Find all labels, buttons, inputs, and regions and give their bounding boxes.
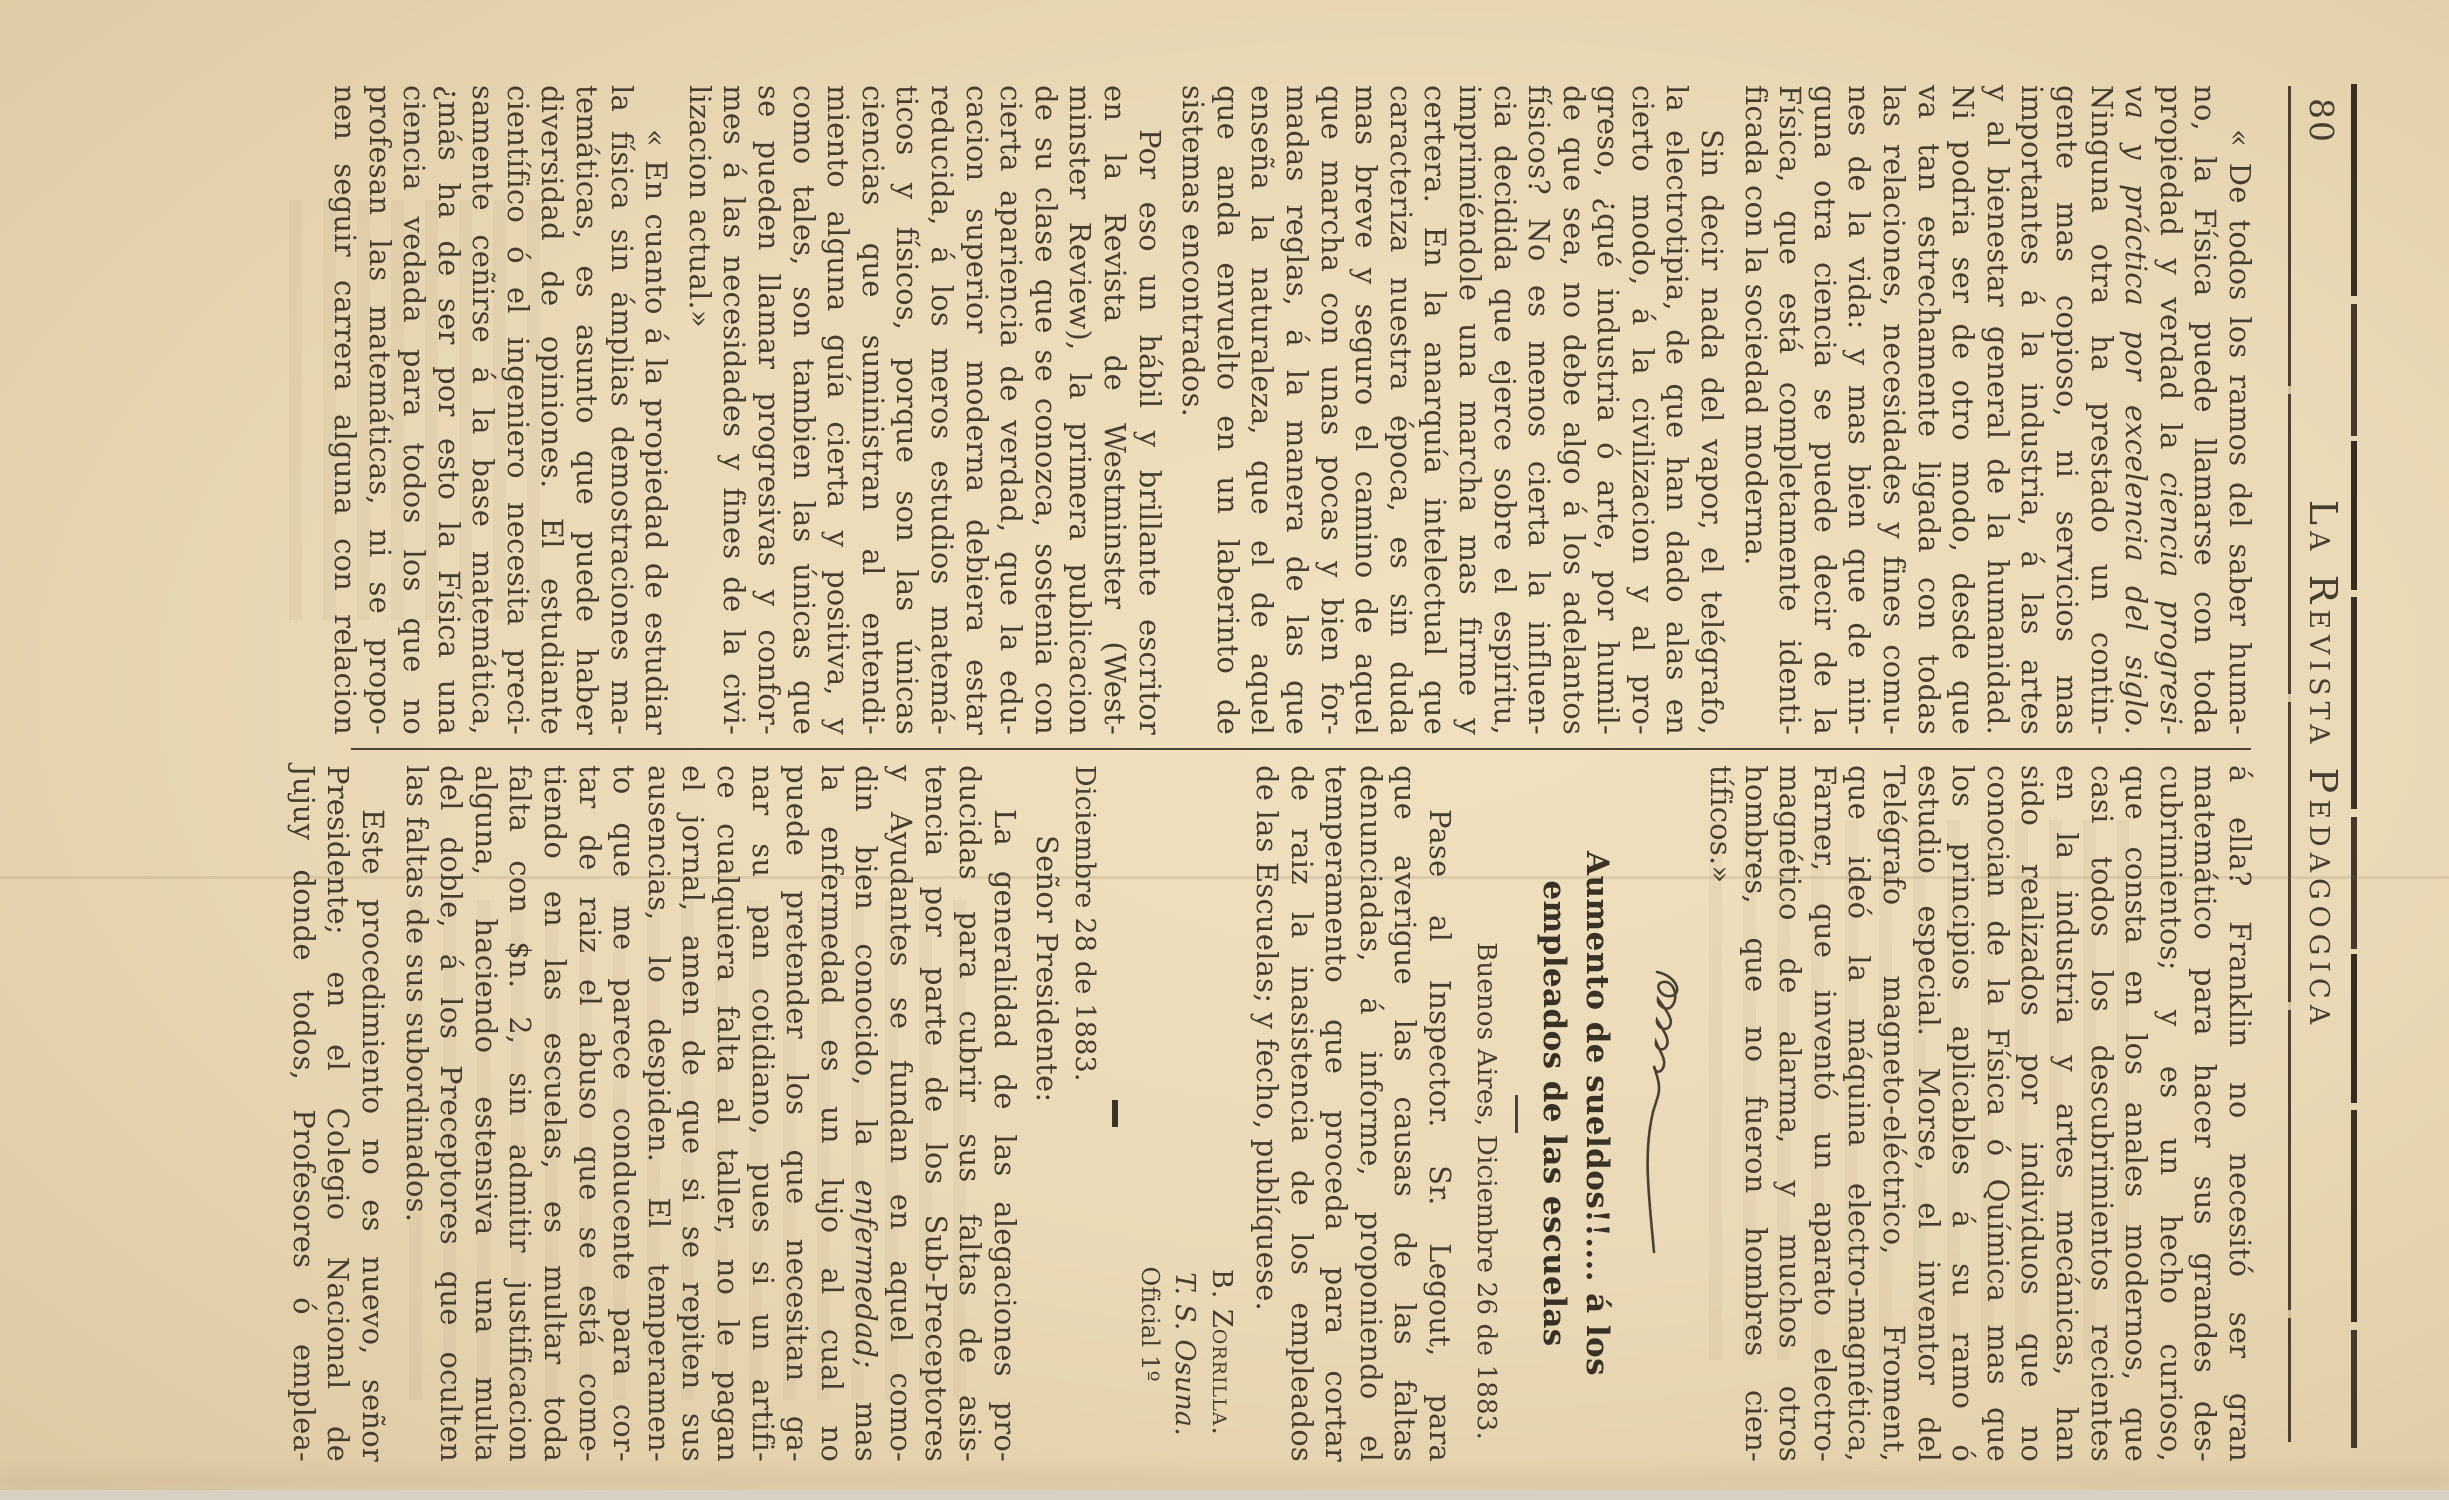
text-line: Por eso un hábil y brillante escritor <box>1132 85 1167 735</box>
text-line: el jornal, amen de que si se repiten sus <box>676 765 711 1462</box>
text-line: magnético de alarma, y muchos otros <box>1773 765 1808 1462</box>
text-line: La generalidad de las alegaciones pro- <box>987 765 1022 1462</box>
text-line: temáticas, es asunto que puede haber <box>570 85 605 735</box>
text-line: madas reglas, á la manera de las que <box>1279 85 1314 735</box>
text-line: nes de la vida: y mas bien que de nin- <box>1842 85 1877 735</box>
text-line: Pase al Inspector. Sr. Legout, para <box>1422 765 1457 1462</box>
text-line: ciencia vedada para todos los que no <box>397 85 432 735</box>
text-line: nen seguir carrera alguna con relacion <box>327 85 362 735</box>
text-line: certera. En la anarquía intelectual que <box>1418 85 1453 735</box>
text-line: de que sea, no debe algo á los adelantos <box>1556 85 1591 735</box>
separator-dash-bold <box>1112 1100 1118 1127</box>
spine-edge <box>0 1490 2449 1500</box>
text-line: casi todos los descubrimientos recientes <box>2084 765 2119 1462</box>
text-line: cierto modo, á la civilizacion y al pro- <box>1625 85 1660 735</box>
text-line: va y práctica por excelencia del siglo. <box>2119 85 2154 735</box>
text-line: tencia por parte de los Sub-Preceptores <box>918 765 953 1462</box>
text-line: ficada con la sociedad moderna. <box>1738 85 1773 735</box>
text-line: cierta apariencia de verdad, que la edu- <box>994 85 1029 735</box>
signature-secretary: T. S. Osuna. <box>1166 765 1203 1462</box>
text-line: de las Escuelas; y fecho, publíquese. <box>1249 765 1284 1462</box>
signature-title: Oficial 1º <box>1134 765 1166 1462</box>
text-line: tiendo en las escuelas, es multar toda <box>537 765 572 1462</box>
text-line: samente ceñirse á la base matemática, <box>466 85 501 735</box>
text-line: va tan estrechamente ligada con todas <box>1911 85 1946 735</box>
text-line: minster Review), la primera publicacion <box>1063 85 1098 735</box>
text-line: nar su pan cotidiano, pues si un artifi- <box>745 765 780 1462</box>
text-line: guna otra ciencia se puede decir de la <box>1807 85 1842 735</box>
paragraph: « De todos los ramos del saber huma-no, … <box>1738 85 2257 735</box>
right-column: á ella? Franklin no necesitó ser granmat… <box>277 765 2257 1462</box>
journal-page: 80 La Revista Pedagogica « De todos los … <box>0 0 2449 1500</box>
text-line: del doble, á los Preceptores que oculten <box>434 765 469 1462</box>
text-line: las faltas de sus subordinados. <box>399 765 434 1462</box>
text-line: enseña la naturaleza, que el de aquel <box>1245 85 1280 735</box>
text-line: de raiz la inasistencia de los empleados <box>1284 765 1319 1462</box>
text-line: de su clase que se conozca, sostenia con <box>1028 85 1063 735</box>
squiggle-flourish <box>1628 765 1688 1462</box>
text-line: propiedad y verdad la ciencia progresi- <box>2153 85 2188 735</box>
text-line: tíficos.» <box>1704 765 1739 1462</box>
header-rule <box>2288 86 2291 1442</box>
text-line: científico ó el ingeniero necesita preci… <box>500 85 535 735</box>
text-line: Ni podria ser de otro modo, desde que <box>1946 85 1981 735</box>
text-line: físicos? No es menos cierta la influen- <box>1522 85 1557 735</box>
section-heading-line1: Aumento de sueldos!!.... á los <box>1575 765 1618 1462</box>
letter-date: Diciembre 28 de 1883. <box>1066 765 1102 1462</box>
text-line: matemático para hacer sus grandes des- <box>2188 765 2223 1462</box>
text-line: que marcha con unas pocas y bien for- <box>1314 85 1349 735</box>
text-line: á ella? Franklin no necesitó ser gran <box>2222 765 2257 1462</box>
text-line: sistemas encontrados. <box>1176 85 1211 735</box>
text-line: en la industria y artes mecánicas, han <box>2049 765 2084 1462</box>
left-column: « De todos los ramos del saber huma-no, … <box>318 85 2257 735</box>
text-line: cia decidida que ejerce sobre el espírit… <box>1487 85 1522 735</box>
text-line: ciencias que suministran al entendi- <box>855 85 890 735</box>
paragraph: La generalidad de las alegaciones pro-du… <box>399 765 1022 1462</box>
text-line: que ideó la máquina electro-magnética, <box>1842 765 1877 1462</box>
text-line: gente mas copioso, ni servicios mas <box>2049 85 2084 735</box>
text-line: y al bienestar general de la humanidad. <box>1980 85 2015 735</box>
text-line: Ninguna otra ha prestado un contin- <box>2084 85 2119 735</box>
text-line: ausencias, lo despiden. El temperamen- <box>641 765 676 1462</box>
text-line: Telégrafo magneto-eléctrico, Froment, <box>1876 765 1911 1462</box>
text-line: no, la Física puede llamarse con toda <box>2188 85 2223 735</box>
text-line: mas breve y seguro el camino de aquel <box>1349 85 1384 735</box>
paragraph: Pase al Inspector. Sr. Legout, paraque a… <box>1249 765 1457 1462</box>
text-line: « De todos los ramos del saber huma- <box>2222 85 2257 735</box>
text-line: que averigue las causas de las faltas <box>1388 765 1423 1462</box>
text-line: como tales, son tambien las únicas que <box>786 85 821 735</box>
text-line: hombres, que no fueron hombres cien- <box>1738 765 1773 1462</box>
text-line: Este procedimiento no es nuevo, señor <box>355 765 390 1462</box>
text-line: ce cualquiera falta al taller, no le pag… <box>710 765 745 1462</box>
text-line: los principios aplicables á su ramo ó <box>1946 765 1981 1462</box>
journal-title: La Revista Pedagogica <box>2301 85 2345 1445</box>
paragraph: Por eso un hábil y brillante escritoren … <box>682 85 1166 735</box>
text-line: diversidad de opiniones. El estudiante <box>535 85 570 735</box>
text-line: alguna, haciendo estensiva una multa <box>468 765 503 1462</box>
text-line: se pueden llamar progresivas y confor- <box>751 85 786 735</box>
text-line: to que me parece conducente para cor- <box>607 765 642 1462</box>
text-line: imprimiéndole una marcha mas firme y <box>1452 85 1487 735</box>
text-line: ducidas para cubrir sus faltas de asis- <box>953 765 988 1462</box>
section-heading: Aumento de sueldos!!.... á los empleados… <box>1532 765 1618 1462</box>
text-line: mes á las necesidades y fines de la civi… <box>717 85 752 735</box>
text-line: la electrotipia, de que han dado alas en <box>1660 85 1695 735</box>
text-line: en la Revista de Westminster (West- <box>1097 85 1132 735</box>
text-line: « En cuanto á la propiedad de estudiar <box>639 85 674 735</box>
text-line: miento alguna guía cierta y positiva, y <box>821 85 856 735</box>
text-line: ticos y físicos, porque son las únicas <box>890 85 925 735</box>
text-line: las relaciones, necesidades y fines comu… <box>1876 85 1911 735</box>
paragraph: á ella? Franklin no necesitó ser granmat… <box>1704 765 2258 1462</box>
separator-dash <box>1515 1095 1518 1133</box>
text-line: Física, que está completamente identi- <box>1773 85 1808 735</box>
section-heading-line2: empleados de las escuelas <box>1532 765 1575 1462</box>
text-line: estudio especial. Morse, el inventor del <box>1911 765 1946 1462</box>
paragraph: Sin decir nada del vapor, el telégrafo,l… <box>1176 85 1730 735</box>
salutation: Señor Presidente: <box>1030 765 1065 1462</box>
text-line: lizacion actual.» <box>682 85 717 735</box>
text-line: Presidente; en el Colegio Nacional de <box>321 765 356 1462</box>
text-line: que anda envuelto en un laberinto de <box>1210 85 1245 735</box>
squiggle-icon <box>1636 964 1688 1264</box>
text-line: sido realizados por individuos que no <box>2015 765 2050 1462</box>
text-line: cubrimientos; y es un hecho curioso, <box>2153 765 2188 1462</box>
text-line: y Ayudantes se fundan en aquel como- <box>883 765 918 1462</box>
text-line: que consta en los anales modernos, que <box>2119 765 2154 1462</box>
text-line: tar de raiz el abuso que se está come- <box>572 765 607 1462</box>
text-line: greso, ¿qué industria ó arte, por humil- <box>1591 85 1626 735</box>
text-line: Farner, que inventó un aparato electro- <box>1807 765 1842 1462</box>
signature: B. Zorrilla. <box>1203 765 1240 1462</box>
top-heavy-rule <box>2351 84 2357 1448</box>
column-divider <box>351 748 2251 750</box>
text-line: la enfermedad es un lujo al cual no <box>814 765 849 1462</box>
text-line: profesan las matemáticas, ni se propo- <box>362 85 397 735</box>
text-line: ¿más ha de ser por esto la Física una <box>431 85 466 735</box>
text-line: temperamento que proceda para cortar <box>1319 765 1354 1462</box>
text-line: denunciadas, á informe, proponiendo el <box>1353 765 1388 1462</box>
text-line: reducida, á los meros estudios matemá- <box>924 85 959 735</box>
text-line: cacion superior moderna debiera estar <box>959 85 994 735</box>
scanned-journal-screenshot: 80 La Revista Pedagogica « De todos los … <box>0 0 2449 1500</box>
text-line: importantes á la industria, á las artes <box>2015 85 2050 735</box>
text-line: Jujuy donde todos, Profesores ó emplea- <box>286 765 321 1462</box>
text-line: caracteriza nuestra época, es sin duda <box>1383 85 1418 735</box>
text-line: falta con $n. 2, sin admitir justificaci… <box>503 765 538 1462</box>
text-line: la física sin ámplias demostraciones ma- <box>604 85 639 735</box>
text-line: conocian de la Física ó Química mas que <box>1980 765 2015 1462</box>
paragraph: Este procedimiento no es nuevo, señorPre… <box>286 765 390 1462</box>
paragraph: « En cuanto á la propiedad de estudiarla… <box>327 85 673 735</box>
text-line: din bien conocido, la enfermedad; mas <box>849 765 884 1462</box>
text-line: Sin decir nada del vapor, el telégrafo, <box>1695 85 1730 735</box>
dateline: Buenos Aires, Diciembre 26 de 1883. <box>1469 765 1503 1462</box>
text-line: puede pretender los que necesitan ga- <box>780 765 815 1462</box>
